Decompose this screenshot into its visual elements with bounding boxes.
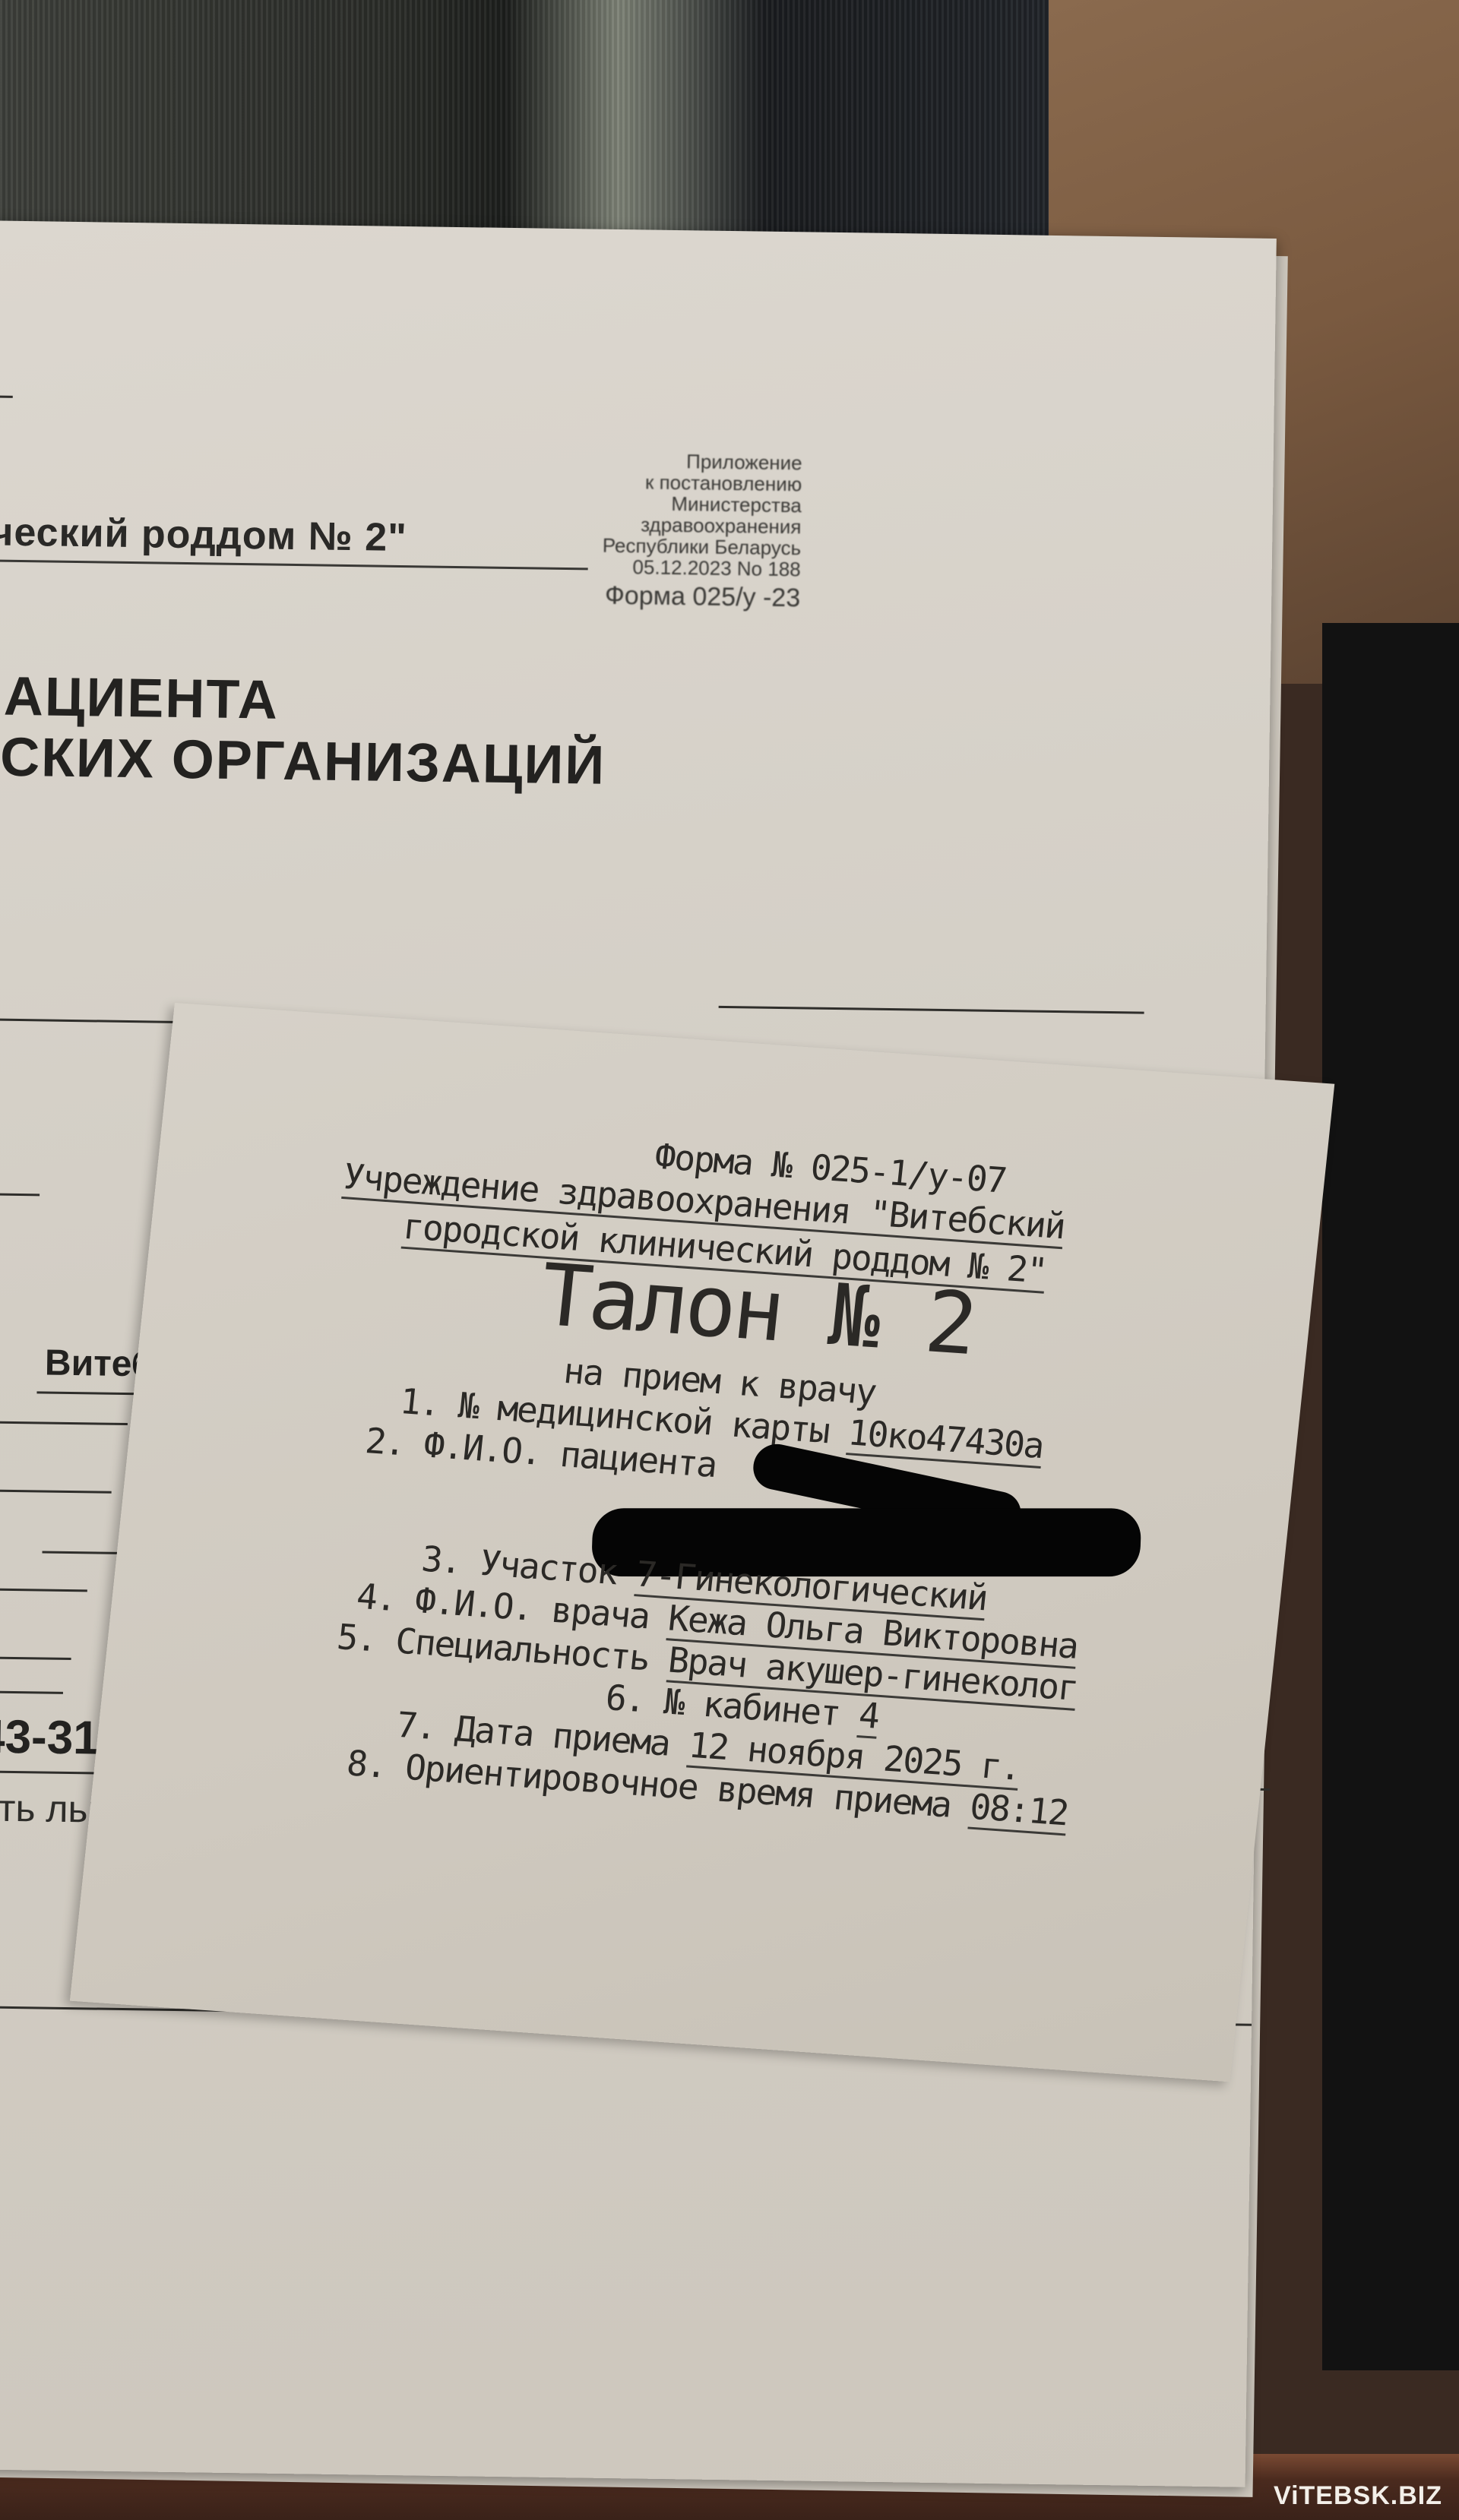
rule [719, 1006, 1144, 1014]
rule [0, 1421, 128, 1425]
form-number: Форма 025/у -23 [481, 583, 800, 609]
rule [0, 1588, 87, 1592]
phone-number: 43-31 [0, 1709, 100, 1765]
form-title-line1: ПАЦИЕНТА [0, 665, 279, 732]
rule [0, 1193, 40, 1197]
dark-background [1322, 623, 1459, 2370]
hospital-name: ический роддом № 2" [0, 509, 589, 570]
appointment-slip: Форма № 025-1/у-07 Учреждение здравоохра… [70, 1003, 1334, 2082]
form-title-line2: ЕСКИХ ОРГАНИЗАЦИЙ [0, 726, 606, 797]
handwritten-signature [0, 1496, 18, 1564]
rule [0, 1018, 186, 1023]
site-watermark: ViTEBSK.BIZ [1274, 2481, 1442, 2511]
rule [0, 395, 13, 398]
medical-card-number: 10ко47430а [846, 1412, 1045, 1469]
rule [43, 1551, 126, 1555]
rule [0, 1656, 71, 1660]
rule [0, 1690, 63, 1694]
rule [0, 1489, 112, 1494]
